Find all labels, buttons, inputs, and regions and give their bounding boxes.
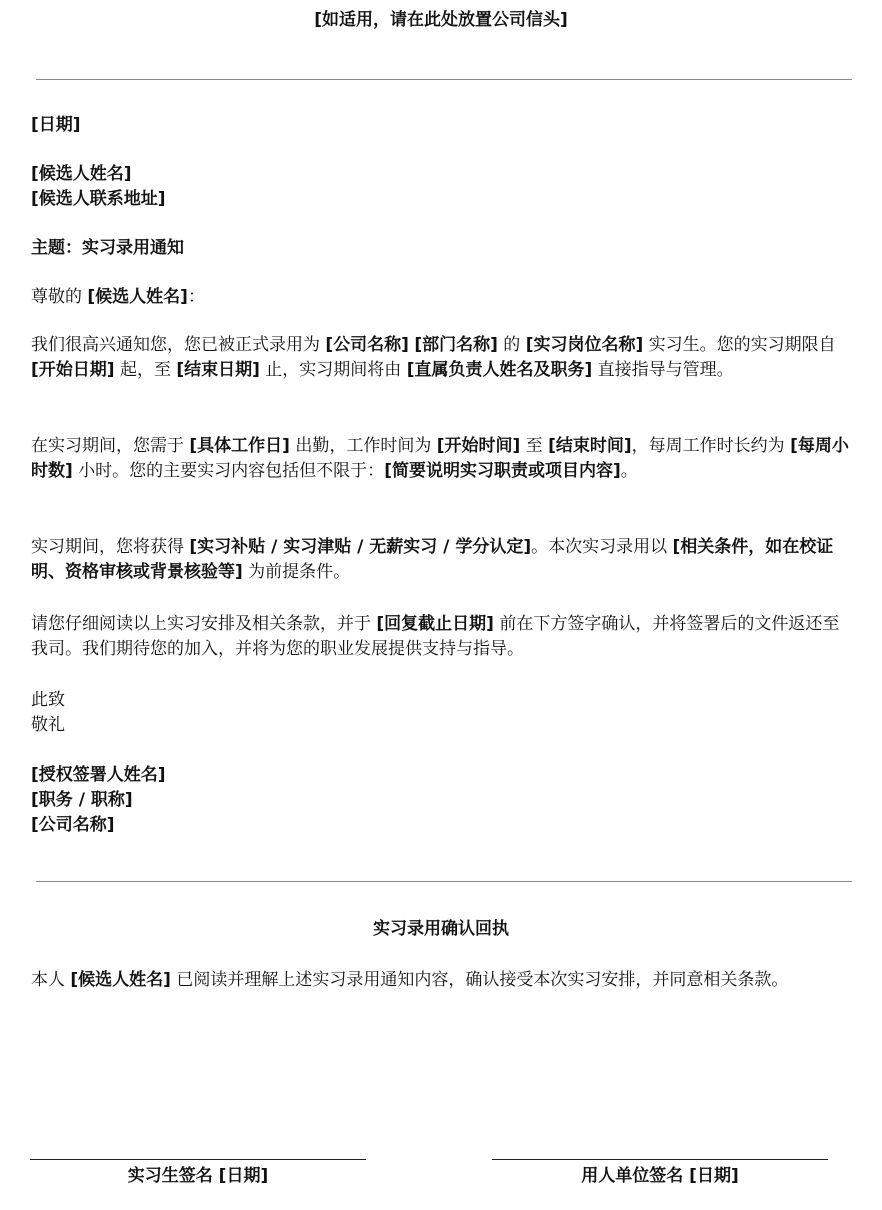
- end-time-placeholder: [结束时间]: [548, 436, 632, 456]
- salutation-suffix: ：: [188, 287, 205, 307]
- intern-signature-line[interactable]: [30, 1159, 366, 1160]
- paragraph-compensation: 实习期间，您将获得 [实习补贴 / 实习津贴 / 无薪实习 / 学分认定]。本次…: [31, 535, 851, 585]
- recipient-block: [候选人姓名] [候选人联系地址]: [31, 162, 851, 212]
- intern-signature-field[interactable]: 实习生签名 [日期]: [30, 1159, 366, 1189]
- signatory-title: [职务 / 职称]: [31, 788, 851, 813]
- receipt-statement: 本人 [候选人姓名] 已阅读并理解上述实习录用通知内容，确认接受本次实习安排，并…: [31, 968, 851, 993]
- recipient-address: [候选人联系地址]: [31, 187, 851, 212]
- header-divider: [36, 79, 852, 80]
- employer-signature-line[interactable]: [492, 1159, 828, 1160]
- text: 在实习期间，您需于: [31, 436, 189, 456]
- receipt-statement-text: 本人 [候选人姓名] 已阅读并理解上述实习录用通知内容，确认接受本次实习安排，并…: [31, 968, 851, 993]
- position-placeholder: [实习岗位名称]: [526, 335, 644, 355]
- signatory-name: [授权签署人姓名]: [31, 763, 851, 788]
- paragraph-offer-text: 我们很高兴通知您，您已被正式录用为 [公司名称] [部门名称] 的 [实习岗位名…: [31, 333, 851, 383]
- department-placeholder: [部门名称]: [414, 335, 498, 355]
- text: 出勤，工作时间为: [290, 436, 437, 456]
- subject-line: 主题：实习录用通知: [31, 236, 851, 261]
- paragraph-compensation-text: 实习期间，您将获得 [实习补贴 / 实习津贴 / 无薪实习 / 学分认定]。本次…: [31, 535, 851, 585]
- signatory-company: [公司名称]: [31, 813, 851, 838]
- text: 。本次实习录用以: [531, 537, 672, 557]
- intern-signature-label: 实习生签名 [日期]: [30, 1163, 366, 1189]
- salutation-name: [候选人姓名]: [87, 287, 188, 307]
- subject-block: 主题：实习录用通知: [31, 236, 851, 261]
- text: 实习生。您的实习期限自: [643, 335, 835, 355]
- employer-signature-label: 用人单位签名 [日期]: [492, 1163, 828, 1189]
- text: 我们很高兴通知您，您已被正式录用为: [31, 335, 325, 355]
- offer-letter-page: [如适用，请在此处放置公司信头] [日期] [候选人姓名] [候选人联系地址] …: [0, 0, 882, 1210]
- paragraph-confirmation: 请您仔细阅读以上实习安排及相关条款，并于 [回复截止日期] 前在下方签字确认，并…: [31, 612, 851, 662]
- text: 实习期间，您将获得: [31, 537, 189, 557]
- deadline-placeholder: [回复截止日期]: [376, 614, 494, 634]
- text: 为前提条件。: [243, 562, 350, 582]
- closing-line-2: 敬礼: [31, 713, 851, 738]
- date-block: [日期]: [31, 113, 851, 138]
- end-date-placeholder: [结束日期]: [176, 360, 260, 380]
- start-time-placeholder: [开始时间]: [437, 436, 521, 456]
- company-placeholder: [公司名称]: [325, 335, 409, 355]
- text: 请您仔细阅读以上实习安排及相关条款，并于: [31, 614, 376, 634]
- text: 已阅读并理解上述实习录用通知内容，确认接受本次实习安排，并同意相关条款。: [171, 970, 788, 990]
- recipient-name: [候选人姓名]: [31, 162, 851, 187]
- text: 。: [621, 461, 638, 481]
- duties-placeholder: [简要说明实习职责或项目内容]: [384, 461, 621, 481]
- letterhead-placeholder: [如适用，请在此处放置公司信头]: [0, 7, 882, 33]
- employer-signature-field[interactable]: 用人单位签名 [日期]: [492, 1159, 828, 1189]
- text: 的: [498, 335, 526, 355]
- text: 小时。您的主要实习内容包括但不限于：: [73, 461, 384, 481]
- receipt-name-placeholder: [候选人姓名]: [70, 970, 171, 990]
- receipt-divider: [36, 881, 852, 882]
- receipt-title: 实习录用确认回执: [0, 917, 882, 942]
- text: 止，实习期间将由: [260, 360, 407, 380]
- closing-block: 此致 敬礼: [31, 688, 851, 738]
- text: 直接指导与管理。: [592, 360, 733, 380]
- paragraph-offer: 我们很高兴通知您，您已被正式录用为 [公司名称] [部门名称] 的 [实习岗位名…: [31, 333, 851, 383]
- text: 起，至: [115, 360, 177, 380]
- salutation-block: 尊敬的 [候选人姓名]：: [31, 285, 851, 310]
- workdays-placeholder: [具体工作日]: [189, 436, 290, 456]
- letter-date: [日期]: [31, 113, 851, 138]
- start-date-placeholder: [开始日期]: [31, 360, 115, 380]
- paragraph-schedule-text: 在实习期间，您需于 [具体工作日] 出勤，工作时间为 [开始时间] 至 [结束时…: [31, 434, 851, 484]
- supervisor-placeholder: [直属负责人姓名及职务]: [407, 360, 593, 380]
- text: 至: [520, 436, 548, 456]
- paragraph-confirmation-text: 请您仔细阅读以上实习安排及相关条款，并于 [回复截止日期] 前在下方签字确认，并…: [31, 612, 851, 662]
- closing-line-1: 此致: [31, 688, 851, 713]
- compensation-placeholder: [实习补贴 / 实习津贴 / 无薪实习 / 学分认定]: [189, 537, 531, 557]
- paragraph-schedule: 在实习期间，您需于 [具体工作日] 出勤，工作时间为 [开始时间] 至 [结束时…: [31, 434, 851, 484]
- text: ，每周工作时长约为: [632, 436, 790, 456]
- salutation: 尊敬的 [候选人姓名]：: [31, 285, 851, 310]
- text: 本人: [31, 970, 70, 990]
- salutation-prefix: 尊敬的: [31, 287, 87, 307]
- signatory-block: [授权签署人姓名] [职务 / 职称] [公司名称]: [31, 763, 851, 838]
